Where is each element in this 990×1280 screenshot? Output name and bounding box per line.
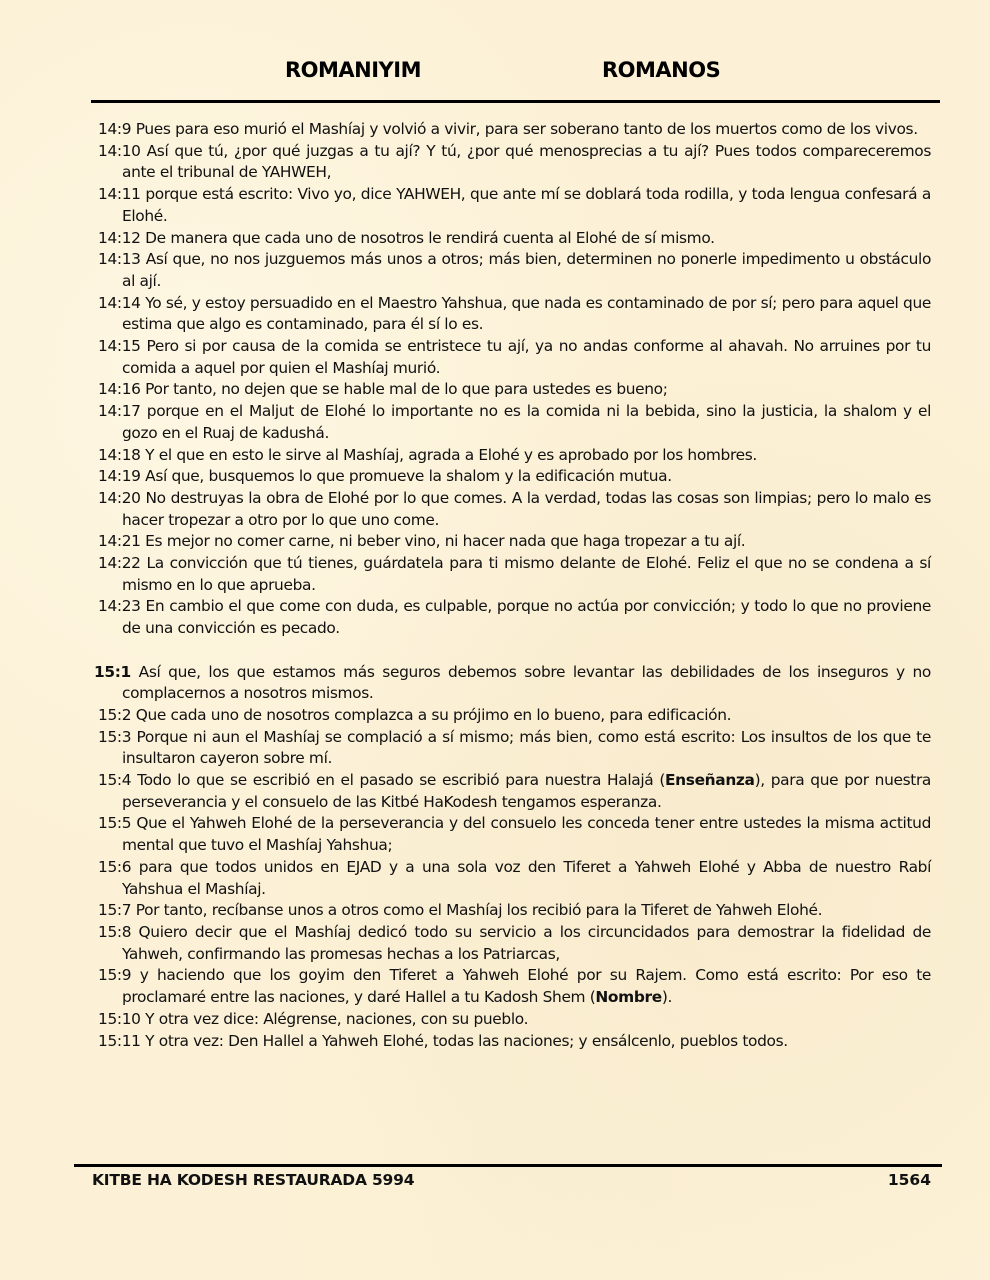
footer-book-title: KITBE HA KODESH RESTAURADA 5994 — [92, 1171, 414, 1189]
verse-15-5: 15:5 Que el Yahweh Elohé de la persevera… — [96, 813, 931, 856]
header-hebrew-book-title: ROMANIYIM — [285, 58, 421, 82]
verse-number: 15:2 — [98, 706, 131, 724]
verse-number: 15:8 — [98, 923, 131, 941]
footer-divider — [74, 1164, 942, 1167]
verse-15-7: 15:7 Por tanto, recíbanse unos a otros c… — [96, 900, 931, 922]
verse-number: 14:12 — [98, 229, 141, 247]
page-header: ROMANIYIM ROMANOS — [0, 58, 990, 88]
verse-number: 15:9 — [98, 966, 131, 984]
verse-number: 15:6 — [98, 858, 131, 876]
scripture-text: 14:9 Pues para eso murió el Mashíaj y vo… — [96, 119, 931, 1052]
verse-15-3: 15:3 Porque ni aun el Mashíaj se complac… — [96, 727, 931, 770]
verse-number: 14:9 — [98, 120, 131, 138]
verse-14-9: 14:9 Pues para eso murió el Mashíaj y vo… — [96, 119, 931, 141]
verse-number: 14:18 — [98, 446, 141, 464]
verse-text-after: ). — [662, 988, 672, 1006]
verse-15-9: 15:9 y haciendo que los goyim den Tifere… — [96, 965, 931, 1008]
verse-text: Y otra vez dice: Alégrense, naciones, co… — [145, 1010, 528, 1028]
verse-text: Quiero decir que el Mashíaj dedicó todo … — [122, 923, 931, 963]
verse-14-10: 14:10 Así que tú, ¿por qué juzgas a tu a… — [96, 141, 931, 184]
verse-text: Pero si por causa de la comida se entris… — [122, 337, 931, 377]
verse-14-22: 14:22 La convicción que tú tienes, guárd… — [96, 553, 931, 596]
verse-text: Pues para eso murió el Mashíaj y volvió … — [136, 120, 918, 138]
verse-text-before: y haciendo que los goyim den Tiferet a Y… — [122, 966, 931, 1006]
verse-number: 14:17 — [98, 402, 141, 420]
verse-text: No destruyas la obra de Elohé por lo que… — [122, 489, 931, 529]
verse-14-18: 14:18 Y el que en esto le sirve al Mashí… — [96, 445, 931, 467]
verse-number: 14:23 — [98, 597, 141, 615]
verse-14-20: 14:20 No destruyas la obra de Elohé por … — [96, 488, 931, 531]
verse-number: 14:10 — [98, 142, 141, 160]
verse-text: Porque ni aun el Mashíaj se complació a … — [122, 728, 931, 768]
verse-14-14: 14:14 Yo sé, y estoy persuadido en el Ma… — [96, 293, 931, 336]
verse-number: 15:7 — [98, 901, 131, 919]
verse-14-11: 14:11 porque está escrito: Vivo yo, dice… — [96, 184, 931, 227]
verse-15-11: 15:11 Y otra vez: Den Hallel a Yahweh El… — [96, 1031, 931, 1053]
verse-number: 14:11 — [98, 185, 141, 203]
verse-number: 14:19 — [98, 467, 141, 485]
header-divider — [91, 100, 940, 103]
verse-text: La convicción que tú tienes, guárdatela … — [122, 554, 931, 594]
verse-text: Así que, busquemos lo que promueve la sh… — [145, 467, 672, 485]
verse-text: Yo sé, y estoy persuadido en el Maestro … — [122, 294, 931, 334]
verse-text: Por tanto, recíbanse unos a otros como e… — [136, 901, 822, 919]
verse-text: Y otra vez: Den Hallel a Yahweh Elohé, t… — [145, 1032, 788, 1050]
verse-text-before: Todo lo que se escribió en el pasado se … — [137, 771, 665, 789]
verse-number: 15:10 — [98, 1010, 141, 1028]
verse-number: 14:22 — [98, 554, 141, 572]
verse-number: 14:14 — [98, 294, 141, 312]
verse-15-6: 15:6 para que todos unidos en EJAD y a u… — [96, 857, 931, 900]
verse-14-17: 14:17 porque en el Maljut de Elohé lo im… — [96, 401, 931, 444]
verse-text: porque en el Maljut de Elohé lo importan… — [122, 402, 931, 442]
chapter-start-verse-number: 15:1 — [94, 663, 131, 681]
page-number: 1564 — [888, 1171, 931, 1189]
verse-number: 14:13 — [98, 250, 141, 268]
verse-14-13: 14:13 Así que, no nos juzguemos más unos… — [96, 249, 931, 292]
verse-bold-term: Nombre — [595, 988, 661, 1006]
verse-number: 15:5 — [98, 814, 131, 832]
header-spanish-book-title: ROMANOS — [602, 58, 720, 82]
verse-number: 15:11 — [98, 1032, 141, 1050]
verse-15-4: 15:4 Todo lo que se escribió en el pasad… — [96, 770, 931, 813]
verse-text: En cambio el que come con duda, es culpa… — [122, 597, 931, 637]
verse-text: para que todos unidos en EJAD y a una so… — [122, 858, 931, 898]
verse-text: Así que, los que estamos más seguros deb… — [122, 663, 931, 703]
verse-text: Y el que en esto le sirve al Mashíaj, ag… — [145, 446, 757, 464]
verse-number: 15:4 — [98, 771, 131, 789]
verse-text: Así que tú, ¿por qué juzgas a tu ají? Y … — [122, 142, 931, 182]
verse-text: Que cada uno de nosotros complazca a su … — [136, 706, 731, 724]
verse-14-19: 14:19 Así que, busquemos lo que promueve… — [96, 466, 931, 488]
verse-text: Es mejor no comer carne, ni beber vino, … — [145, 532, 745, 550]
verse-14-16: 14:16 Por tanto, no dejen que se hable m… — [96, 379, 931, 401]
verse-text: De manera que cada uno de nosotros le re… — [145, 229, 715, 247]
verse-15-2: 15:2 Que cada uno de nosotros complazca … — [96, 705, 931, 727]
verse-bold-term: Enseñanza — [665, 771, 755, 789]
verse-15-8: 15:8 Quiero decir que el Mashíaj dedicó … — [96, 922, 931, 965]
verse-15-1: 15:1 Así que, los que estamos más seguro… — [96, 662, 931, 705]
verse-number: 14:21 — [98, 532, 141, 550]
verse-number: 14:16 — [98, 380, 141, 398]
verse-14-15: 14:15 Pero si por causa de la comida se … — [96, 336, 931, 379]
verse-number: 15:3 — [98, 728, 131, 746]
verse-text: Por tanto, no dejen que se hable mal de … — [145, 380, 667, 398]
verse-14-23: 14:23 En cambio el que come con duda, es… — [96, 596, 931, 639]
verse-text: porque está escrito: Vivo yo, dice YAHWE… — [122, 185, 931, 225]
verse-number: 14:15 — [98, 337, 141, 355]
verse-15-10: 15:10 Y otra vez dice: Alégrense, nacion… — [96, 1009, 931, 1031]
verse-text: Así que, no nos juzguemos más unos a otr… — [122, 250, 931, 290]
verse-14-12: 14:12 De manera que cada uno de nosotros… — [96, 228, 931, 250]
verse-number: 14:20 — [98, 489, 141, 507]
verse-14-21: 14:21 Es mejor no comer carne, ni beber … — [96, 531, 931, 553]
verse-text: Que el Yahweh Elohé de la perseverancia … — [122, 814, 931, 854]
